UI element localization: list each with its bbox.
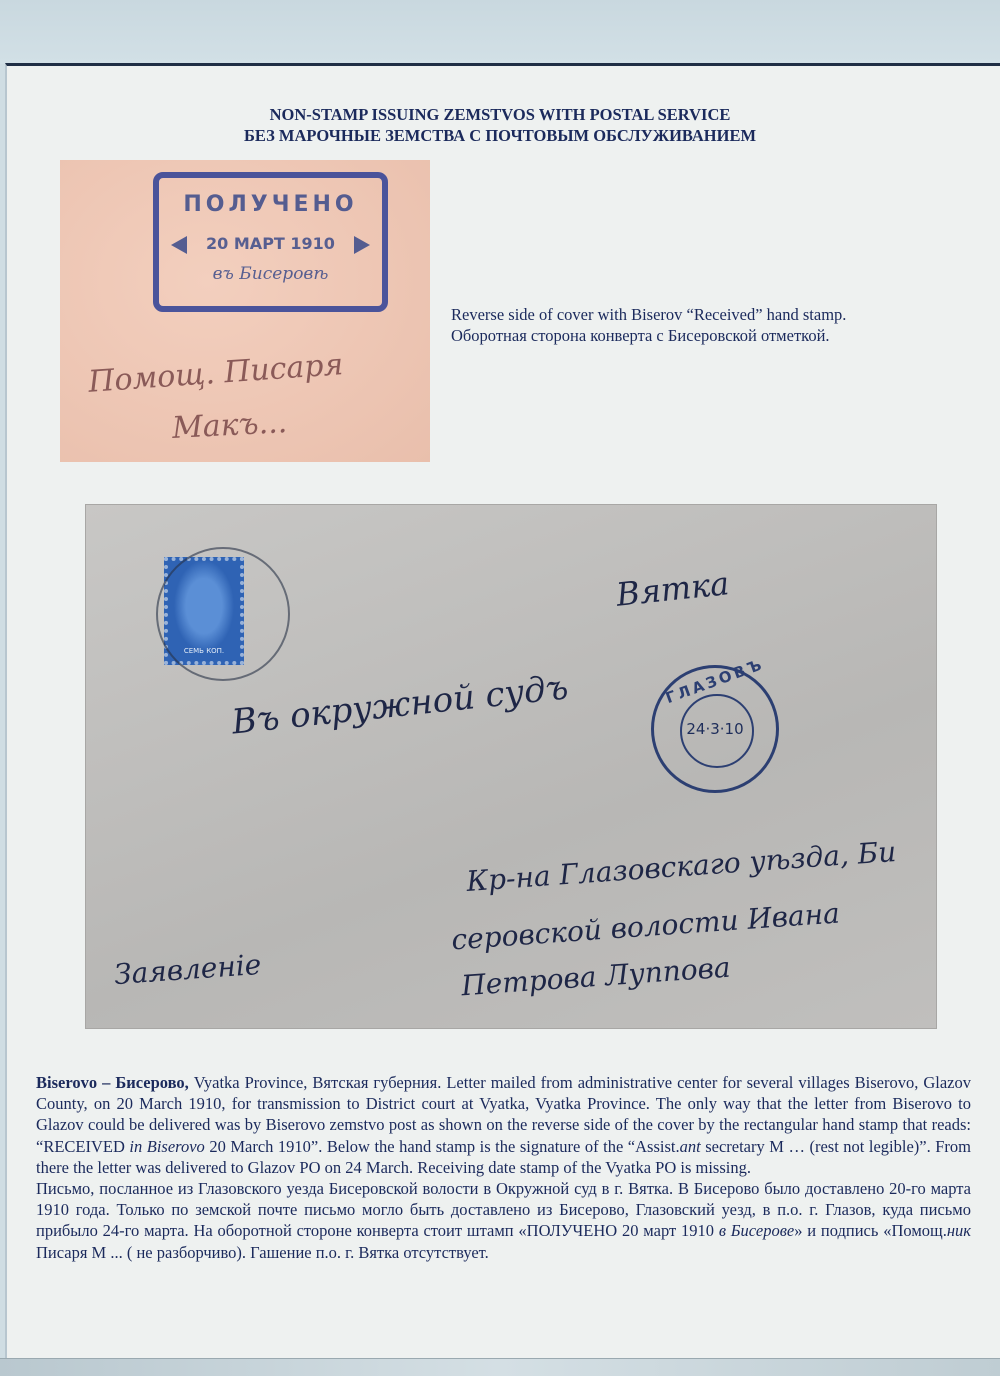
handwritten-destination: Вятка (614, 564, 731, 614)
received-stamp-heading: ПОЛУЧЕНО (159, 192, 382, 217)
handwritten-court: Въ окружной судъ (230, 667, 570, 742)
description-text: Biserovo – Бисерово, Vyatka Province, Вя… (36, 1072, 971, 1263)
description-ru-part3: Писаря М ... ( не разборчиво). Гашение п… (36, 1243, 489, 1262)
received-stamp-date: 20 МАРТ 1910 (159, 234, 382, 253)
description-en-italic2: ant (680, 1137, 701, 1156)
reverse-photo-caption: Reverse side of cover with Biserov “Rece… (451, 304, 971, 346)
received-hand-stamp: ПОЛУЧЕНО 20 МАРТ 1910 въ Бисеровѣ (153, 172, 388, 312)
description-ru-part2: » и подпись «Помощ. (794, 1221, 947, 1240)
description-ru-italic2: ник (947, 1221, 971, 1240)
caption-english: Reverse side of cover with Biserov “Rece… (451, 304, 971, 325)
page-title-russian: БЕЗ МАРОЧНЫЕ ЗЕМСТВА С ПОЧТОВЫМ ОБСЛУЖИВ… (0, 125, 1000, 146)
handwritten-address-line-2: серовской волости Ивана (450, 896, 840, 956)
cover-reverse-photo: ПОЛУЧЕНО 20 МАРТ 1910 въ Бисеровѣ Помощ.… (60, 160, 430, 462)
handwritten-address-line-3: Петрова Луппова (460, 951, 731, 1003)
signature-line-2: Макъ... (171, 405, 288, 446)
handwritten-note: Заявленіе (113, 948, 262, 991)
description-en-italic1: in Biserovo (129, 1137, 204, 1156)
caption-russian: Оборотная сторона конверта с Бисеровской… (451, 325, 971, 346)
signature-line-1: Помощ. Писаря (87, 347, 344, 400)
cover-front-photo: СЕМЬ КОП. Вятка Въ окружной судъ ГЛАЗОВЪ… (86, 505, 936, 1028)
handwritten-address-line-1: Кр-на Глазовскаго уѣзда, Би (465, 835, 897, 898)
description-ru-italic1: в Бисерове (719, 1221, 794, 1240)
origin-cancel-postmark (156, 547, 290, 681)
scanner-background-top (0, 0, 1000, 64)
glazov-postmark: ГЛАЗОВЪ 24·3·10 (651, 665, 779, 793)
received-stamp-place: въ Бисеровѣ (159, 264, 382, 284)
page-title-english: NON-STAMP ISSUING ZEMSTVOS WITH POSTAL S… (0, 104, 1000, 125)
arrow-right-icon (354, 236, 370, 254)
description-en-part2: 20 March 1910”. Below the hand stamp is … (205, 1137, 680, 1156)
description-english: Biserovo – Бисерово, Vyatka Province, Вя… (36, 1072, 971, 1178)
scanner-background-bottom (0, 1358, 1000, 1376)
description-russian: Письмо, посланное из Глазовского уезда Б… (36, 1178, 971, 1263)
description-heading: Biserovo – Бисерово, (36, 1073, 189, 1092)
postmark-date: 24·3·10 (654, 720, 776, 738)
page-title: NON-STAMP ISSUING ZEMSTVOS WITH POSTAL S… (0, 104, 1000, 146)
